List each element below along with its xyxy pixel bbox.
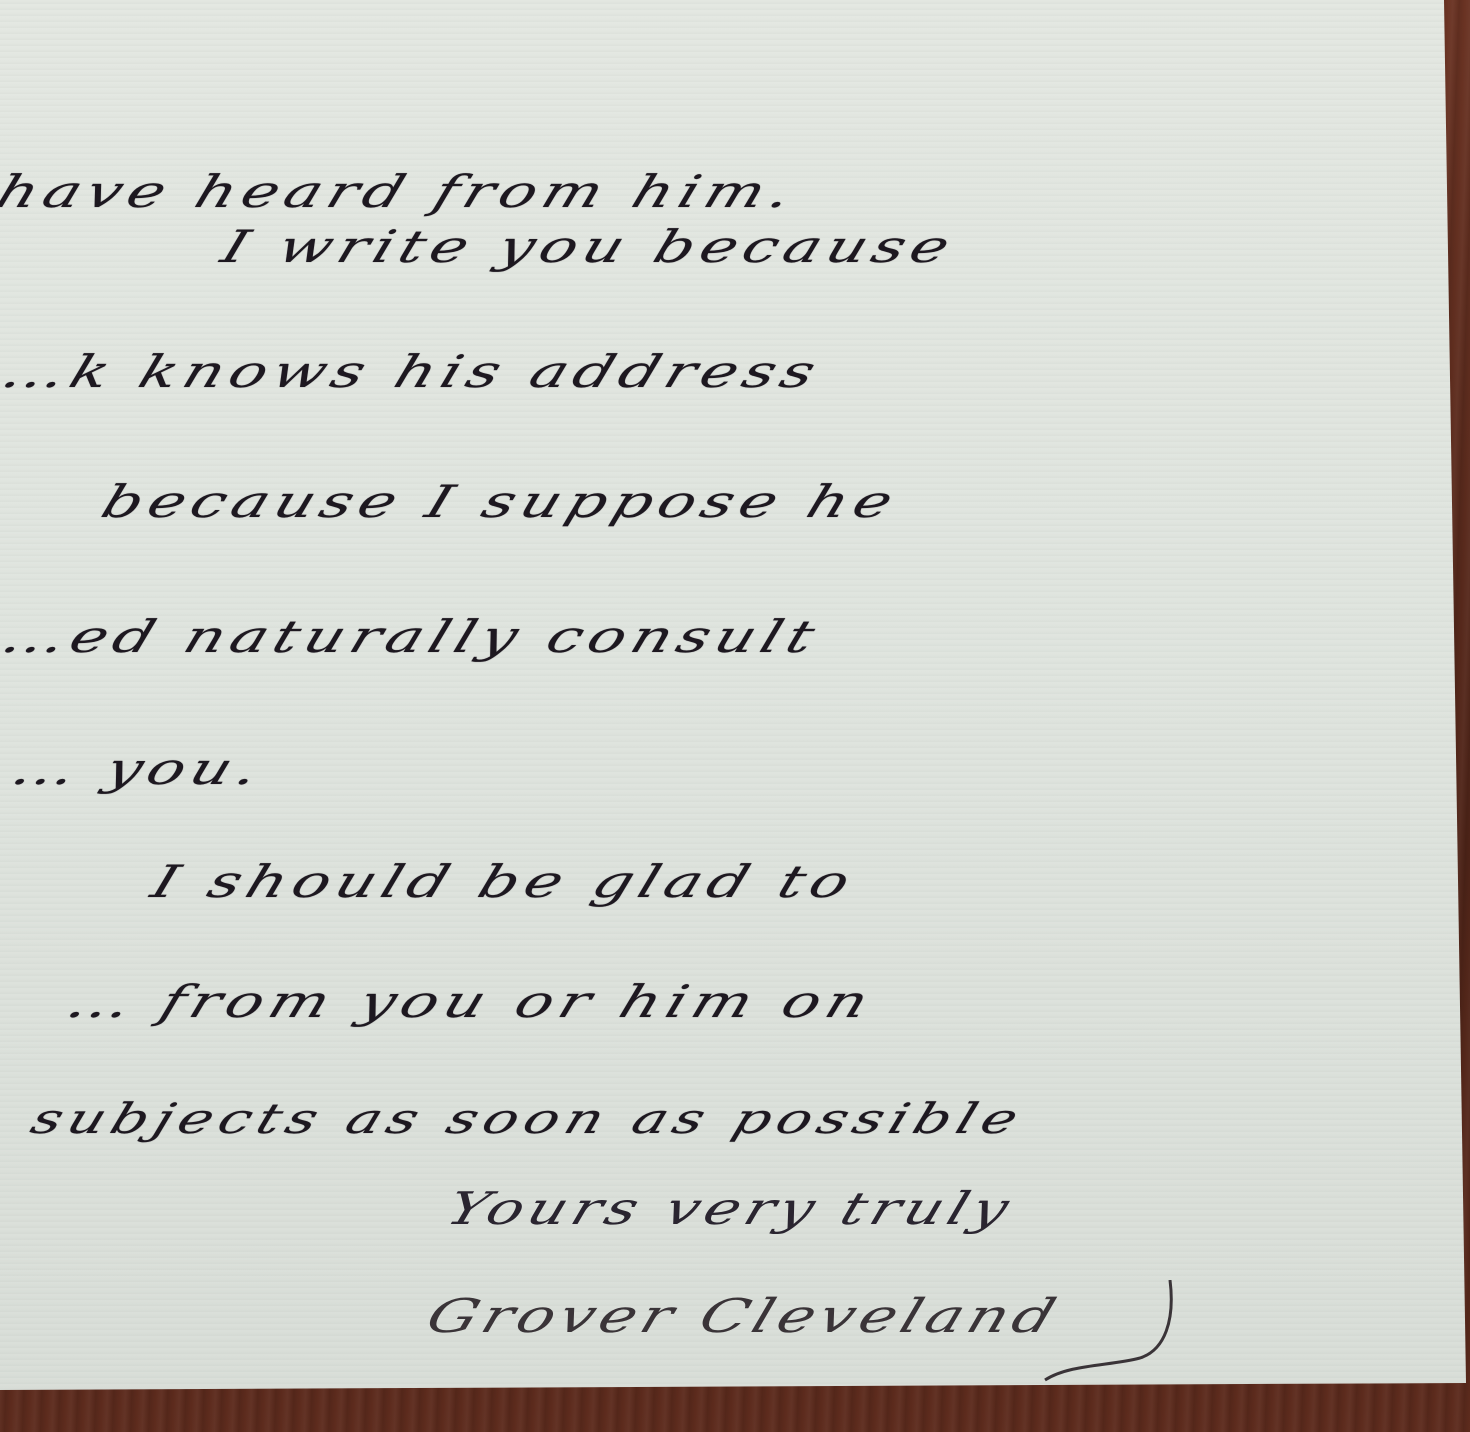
letter-line-6: … you. (5, 742, 272, 795)
letter-line-9: subjects as soon as possible (25, 1094, 1031, 1143)
signature-flourish-icon (1000, 1280, 1180, 1390)
letter-line-3: …k knows his address (0, 345, 828, 398)
letter-line-1: have heard from him. (0, 165, 805, 218)
letter-paper: have heard from him. I write you because… (0, 0, 1470, 1432)
letter-line-4: because I suppose he (95, 475, 906, 528)
letter-line-5: …ed naturally consult (0, 610, 827, 663)
letter-line-7: I should be glad to (145, 855, 863, 908)
letter-line-8: … from you or him on (60, 975, 881, 1028)
photo-scene: have heard from him. I write you because… (0, 0, 1470, 1432)
letter-closing: Yours very truly (440, 1183, 1020, 1236)
letter-signature: Grover Cleveland (420, 1288, 1067, 1343)
letter-line-2: I write you because (215, 220, 963, 273)
